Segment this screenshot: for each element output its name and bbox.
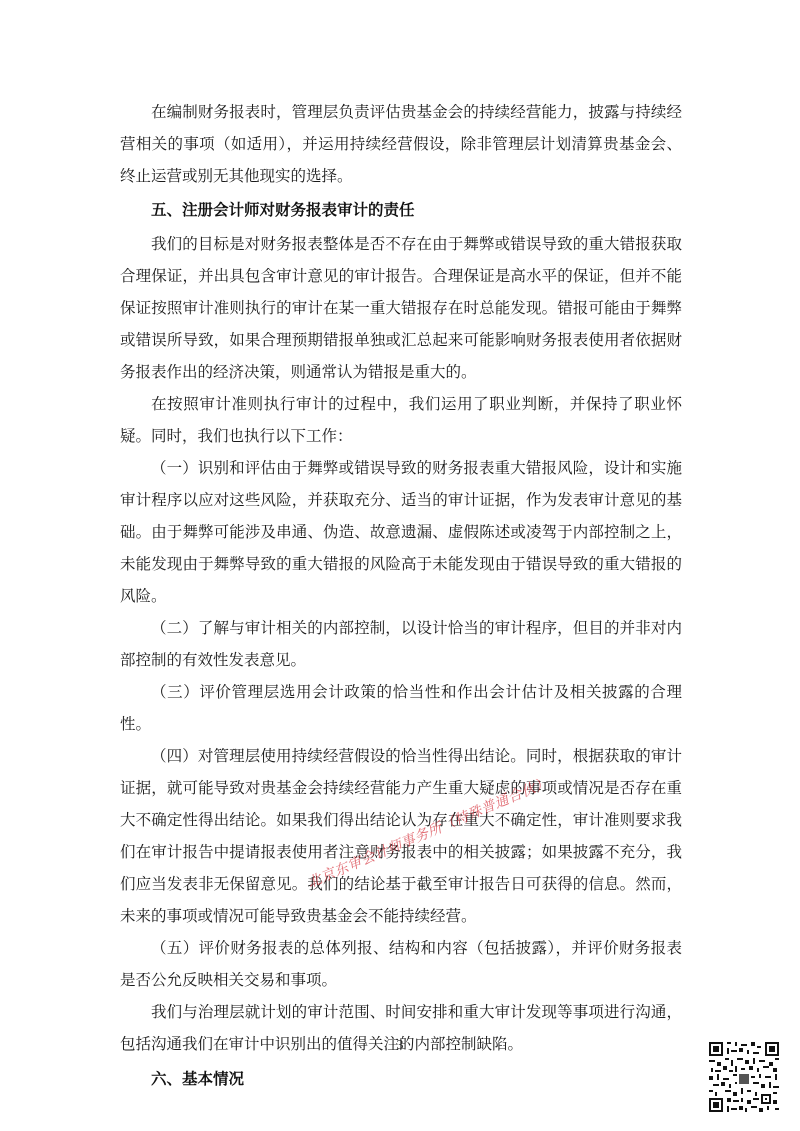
document-body: 在编制财务报表时，管理层负责评估贵基金会的持续经营能力，披露与持续经营相关的事项… — [120, 96, 682, 1097]
paragraph-going-concern-responsibility: 在编制财务报表时，管理层负责评估贵基金会的持续经营能力，披露与持续经营相关的事项… — [120, 96, 682, 192]
document-page: 在编制财务报表时，管理层负责评估贵基金会的持续经营能力，披露与持续经营相关的事项… — [0, 0, 800, 1131]
paragraph-item-4-going-concern: （四）对管理层使用持续经营假设的恰当性得出结论。同时，根据获取的审计证据，就可能… — [120, 740, 682, 932]
paragraph-item-5-presentation: （五）评价财务报表的总体列报、结构和内容（包括披露），并评价财务报表是否公允反映… — [120, 932, 682, 996]
paragraph-item-2-internal-control: （二）了解与审计相关的内部控制，以设计恰当的审计程序，但目的并非对内部控制的有效… — [120, 612, 682, 676]
paragraph-item-1-risk-assessment: （一）识别和评估由于舞弊或错误导致的财务报表重大错报风险，设计和实施审计程序以应… — [120, 452, 682, 612]
section-heading-auditor-responsibility: 五、注册会计师对财务报表审计的责任 — [120, 194, 682, 226]
paragraph-professional-judgment: 在按照审计准则执行审计的过程中，我们运用了职业判断，并保持了职业怀疑。同时，我们… — [120, 388, 682, 452]
qr-code-icon — [707, 1040, 781, 1114]
section-heading-basic-information: 六、基本情况 — [120, 1063, 682, 1095]
paragraph-item-3-accounting-policies: （三）评价管理层选用会计政策的恰当性和作出会计估计及相关披露的合理性。 — [120, 676, 682, 740]
page-number: 3 — [392, 1038, 408, 1054]
paragraph-audit-objective: 我们的目标是对财务报表整体是否不存在由于舞弊或错误导致的重大错报获取合理保证，并… — [120, 228, 682, 388]
